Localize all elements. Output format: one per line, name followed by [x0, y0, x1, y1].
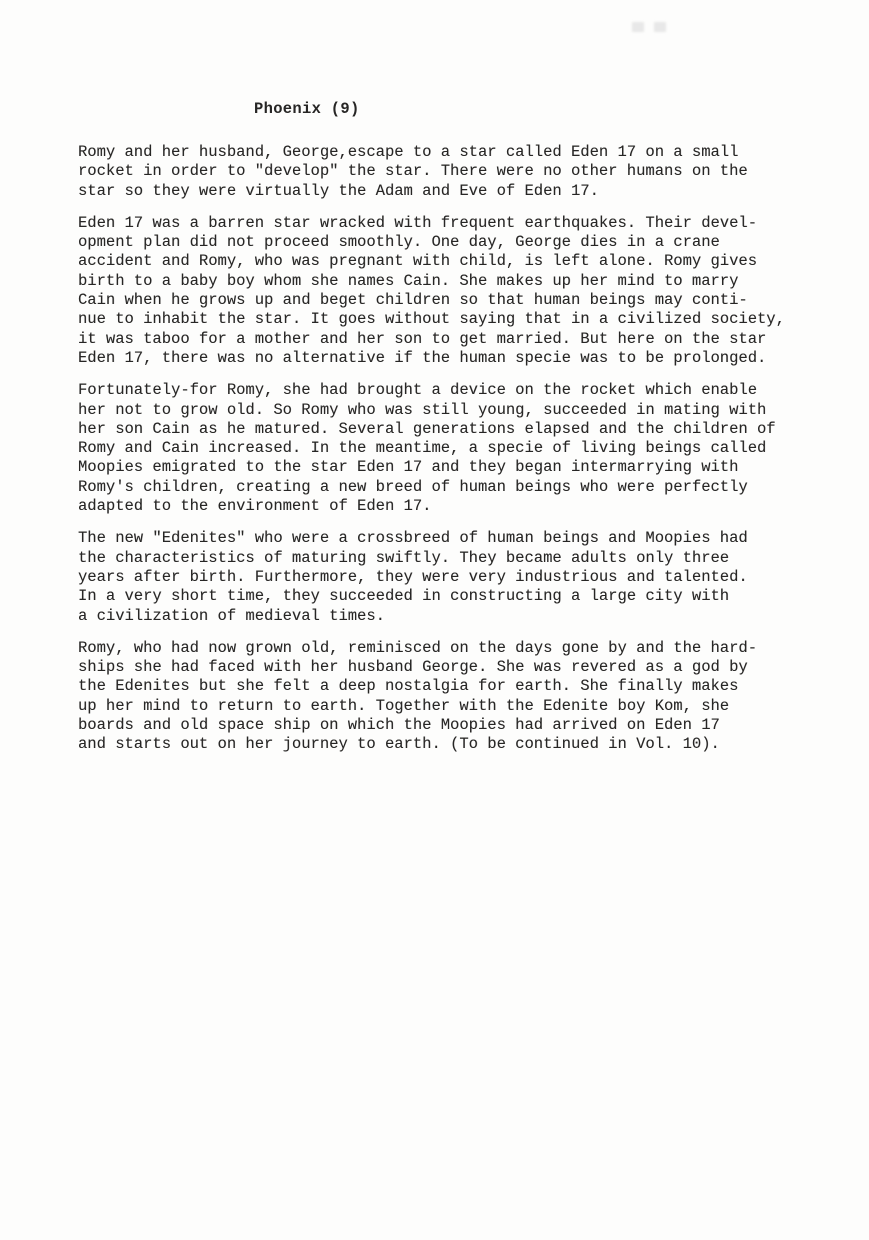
document-page: Phoenix (9) Romy and her husband, George…	[0, 0, 869, 1240]
document-body: Phoenix (9) Romy and her husband, George…	[78, 100, 818, 768]
paragraph-2: Eden 17 was a barren star wracked with f…	[78, 214, 818, 368]
page-title: Phoenix (9)	[254, 100, 818, 119]
paragraph-4: The new "Edenites" who were a crossbreed…	[78, 529, 818, 625]
paragraph-3: Fortunately-for Romy, she had brought a …	[78, 381, 818, 516]
paragraph-5: Romy, who had now grown old, reminisced …	[78, 639, 818, 755]
scan-smudge-artifact	[632, 22, 678, 32]
paragraph-1: Romy and her husband, George,escape to a…	[78, 143, 818, 201]
